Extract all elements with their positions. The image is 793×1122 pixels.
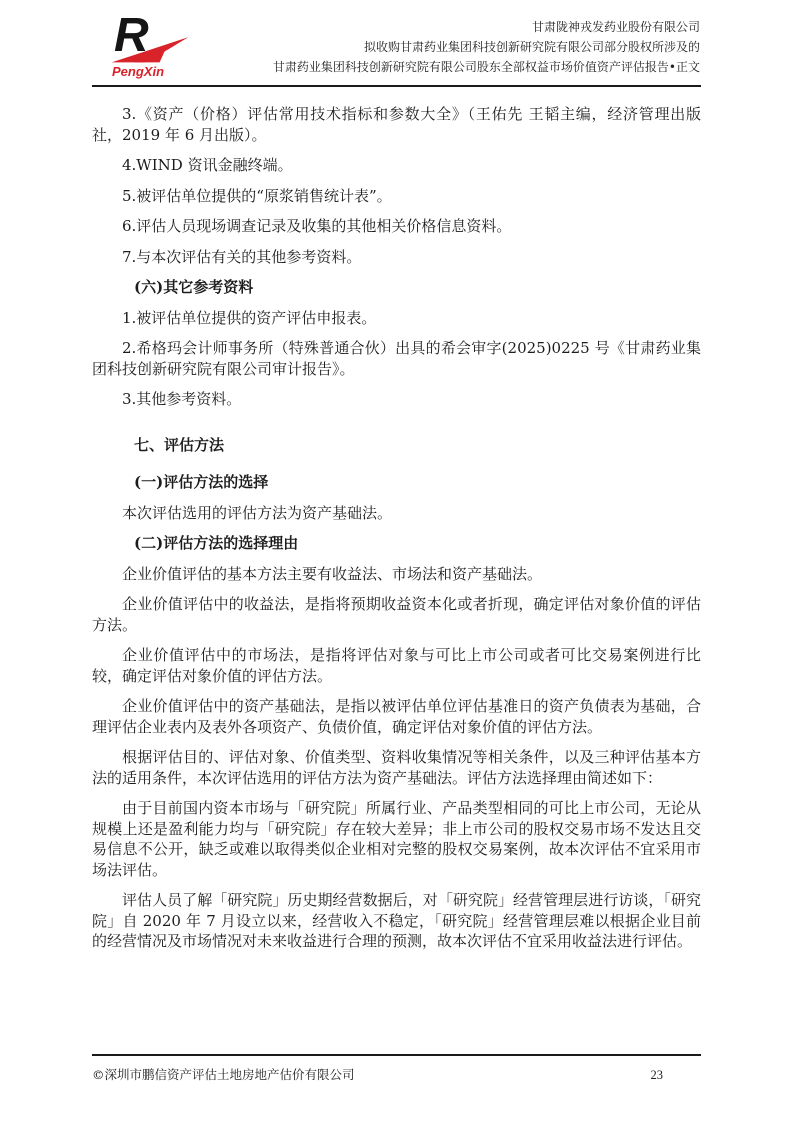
body-paragraph: 企业价值评估中的收益法，是指将预期收益资本化或者折现，确定评估对象价值的评估方法… (92, 594, 701, 635)
body-paragraph: 评估人员了解「研究院」历史期经营数据后，对「研究院」经营管理层进行访谈，「研究院… (92, 890, 701, 952)
footer: ©深圳市鹏信资产评估土地房地产估价有限公司 23 (92, 1065, 701, 1083)
body-paragraph: 企业价值评估的基本方法主要有收益法、市场法和资产基础法。 (92, 564, 701, 585)
section-heading: (一)评估方法的选择 (92, 472, 701, 493)
body-paragraph: 根据评估目的、评估对象、价值类型、资料收集情况等相关条件，以及三种评估基本方法的… (92, 747, 701, 788)
section-heading: (六)其它参考资料 (92, 277, 701, 298)
header-line-3: 甘肃药业集团科技创新研究院有限公司股东全部权益市场价值资产评估报告•正文 (180, 57, 700, 77)
header-divider (92, 85, 701, 87)
report-page: R PengXin 甘肃陇神戎发药业股份有限公司 拟收购甘肃药业集团科技创新研究… (0, 0, 793, 1122)
document-body: 3.《资产（价格）评估常用技术指标和参数大全》（王佑先 王韬主编，经济管理出版社… (92, 104, 701, 952)
body-paragraph: 1.被评估单位提供的资产评估申报表。 (92, 308, 701, 329)
logo-brand-text: PengXin (112, 64, 164, 79)
body-paragraph: 7.与本次评估有关的其他参考资料。 (92, 247, 701, 268)
header-line-2: 拟收购甘肃药业集团科技创新研究院有限公司部分股权所涉及的 (180, 37, 700, 57)
header-title-block: 甘肃陇神戎发药业股份有限公司 拟收购甘肃药业集团科技创新研究院有限公司部分股权所… (180, 17, 700, 77)
body-paragraph: 4.WIND 资讯金融终端。 (92, 155, 701, 176)
body-paragraph: 3.《资产（价格）评估常用技术指标和参数大全》（王佑先 王韬主编，经济管理出版社… (92, 104, 701, 145)
footer-divider (92, 1054, 701, 1056)
section-heading: (二)评估方法的选择理由 (92, 533, 701, 554)
body-paragraph: 3.其他参考资料。 (92, 389, 701, 410)
section-heading: 七、评估方法 (92, 435, 701, 463)
header-line-1: 甘肃陇神戎发药业股份有限公司 (180, 17, 700, 37)
body-paragraph: 由于目前国内资本市场与「研究院」所属行业、产品类型相同的可比上市公司，无论从规模… (92, 798, 701, 880)
footer-copyright: ©深圳市鹏信资产评估土地房地产估价有限公司 (92, 1065, 355, 1083)
body-paragraph: 5.被评估单位提供的“原浆销售统计表”。 (92, 186, 701, 207)
body-paragraph: 2.希格玛会计师事务所（特殊普通合伙）出具的希会审字(2025)0225 号《甘… (92, 338, 701, 379)
logo-swoosh-icon (110, 34, 190, 64)
body-paragraph: 6.评估人员现场调查记录及收集的其他相关价格信息资料。 (92, 216, 701, 237)
body-paragraph: 本次评估选用的评估方法为资产基础法。 (92, 503, 701, 524)
page-number: 23 (651, 1068, 702, 1083)
body-paragraph: 企业价值评估中的市场法，是指将评估对象与可比上市公司或者可比交易案例进行比较，确… (92, 645, 701, 686)
body-paragraph: 企业价值评估中的资产基础法，是指以被评估单位评估基准日的资产负债表为基础，合理评… (92, 696, 701, 737)
